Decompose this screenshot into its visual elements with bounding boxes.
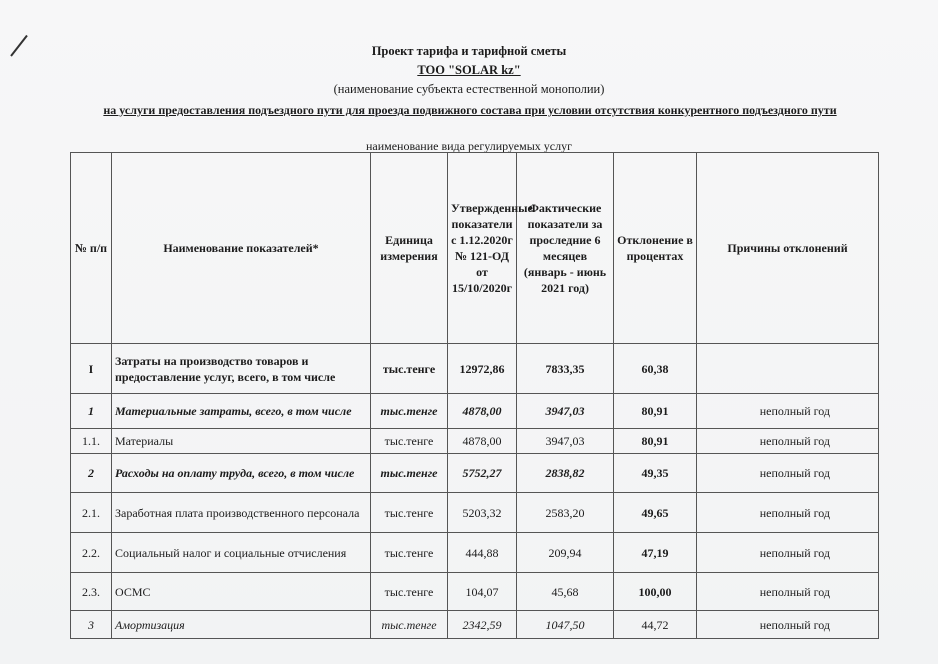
table-row: 2.3.ОСМСтыс.тенге104,0745,68100,00неполн… <box>71 573 879 611</box>
company-caption: (наименование субъекта естественной моно… <box>0 81 938 97</box>
row-indicator-name: Материальные затраты, всего, в том числе <box>112 394 371 429</box>
row-approved-value: 12972,86 <box>448 344 517 394</box>
table-row: 2.1.Заработная плата производственного п… <box>71 493 879 533</box>
header-approved: Утвержденные показатели с 1.12.2020г № 1… <box>448 153 517 344</box>
header-reason: Причины отклонений <box>697 153 879 344</box>
document-title: Проект тарифа и тарифной сметы <box>0 43 938 59</box>
row-unit: тыс.тенге <box>371 344 448 394</box>
header-actual: Фактические показатели за проследние 6 м… <box>517 153 614 344</box>
row-approved-value: 444,88 <box>448 533 517 573</box>
table-header-row: № п/п Наименование показателей* Единица … <box>71 153 879 344</box>
row-indicator-name: Амортизация <box>112 611 371 639</box>
row-unit: тыс.тенге <box>371 394 448 429</box>
row-deviation-reason <box>697 344 879 394</box>
row-deviation-percent: 60,38 <box>614 344 697 394</box>
table-row: IЗатраты на производство товаров и предо… <box>71 344 879 394</box>
scanned-page: Проект тарифа и тарифной сметы ТОО "SOLA… <box>0 0 938 664</box>
header-name: Наименование показателей* <box>112 153 371 344</box>
header-unit: Единица измерения <box>371 153 448 344</box>
row-actual-value: 1047,50 <box>517 611 614 639</box>
table-row: 2Расходы на оплату труда, всего, в том ч… <box>71 454 879 493</box>
header-num: № п/п <box>71 153 112 344</box>
row-actual-value: 3947,03 <box>517 394 614 429</box>
row-number: 3 <box>71 611 112 639</box>
row-deviation-reason: неполный год <box>697 493 879 533</box>
row-actual-value: 2838,82 <box>517 454 614 493</box>
row-deviation-reason: неполный год <box>697 573 879 611</box>
row-actual-value: 45,68 <box>517 573 614 611</box>
table-row: 2.2.Социальный налог и социальные отчисл… <box>71 533 879 573</box>
row-indicator-name: Заработная плата производственного персо… <box>112 493 371 533</box>
company-name: ТОО "SOLAR kz" <box>0 62 938 78</box>
row-deviation-percent: 80,91 <box>614 429 697 454</box>
row-unit: тыс.тенге <box>371 611 448 639</box>
row-deviation-reason: неполный год <box>697 394 879 429</box>
row-actual-value: 2583,20 <box>517 493 614 533</box>
row-approved-value: 5752,27 <box>448 454 517 493</box>
row-number: 1.1. <box>71 429 112 454</box>
row-unit: тыс.тенге <box>371 493 448 533</box>
row-indicator-name: Социальный налог и социальные отчисления <box>112 533 371 573</box>
row-deviation-percent: 80,91 <box>614 394 697 429</box>
row-approved-value: 104,07 <box>448 573 517 611</box>
row-deviation-reason: неполный год <box>697 429 879 454</box>
tariff-table: № п/п Наименование показателей* Единица … <box>70 152 879 639</box>
header-deviation: Отклонение в процентах <box>614 153 697 344</box>
row-approved-value: 4878,00 <box>448 394 517 429</box>
row-number: 2.2. <box>71 533 112 573</box>
row-approved-value: 5203,32 <box>448 493 517 533</box>
row-number: 1 <box>71 394 112 429</box>
row-actual-value: 3947,03 <box>517 429 614 454</box>
row-unit: тыс.тенге <box>371 429 448 454</box>
row-deviation-percent: 49,35 <box>614 454 697 493</box>
row-number: I <box>71 344 112 394</box>
row-indicator-name: ОСМС <box>112 573 371 611</box>
row-unit: тыс.тенге <box>371 533 448 573</box>
row-deviation-percent: 44,72 <box>614 611 697 639</box>
table-row: 1.1.Материалытыс.тенге4878,003947,0380,9… <box>71 429 879 454</box>
service-name: на услуги предоставления подъездного пут… <box>40 101 900 119</box>
row-approved-value: 2342,59 <box>448 611 517 639</box>
row-number: 2.3. <box>71 573 112 611</box>
row-deviation-reason: неполный год <box>697 533 879 573</box>
row-deviation-reason: неполный год <box>697 611 879 639</box>
row-unit: тыс.тенге <box>371 454 448 493</box>
row-indicator-name: Затраты на производство товаров и предос… <box>112 344 371 394</box>
row-actual-value: 7833,35 <box>517 344 614 394</box>
row-deviation-reason: неполный год <box>697 454 879 493</box>
row-unit: тыс.тенге <box>371 573 448 611</box>
table-body: IЗатраты на производство товаров и предо… <box>71 344 879 639</box>
row-number: 2.1. <box>71 493 112 533</box>
row-approved-value: 4878,00 <box>448 429 517 454</box>
table-row: 3Амортизациятыс.тенге2342,591047,5044,72… <box>71 611 879 639</box>
row-deviation-percent: 47,19 <box>614 533 697 573</box>
table-row: 1Материальные затраты, всего, в том числ… <box>71 394 879 429</box>
row-deviation-percent: 100,00 <box>614 573 697 611</box>
row-deviation-percent: 49,65 <box>614 493 697 533</box>
row-indicator-name: Расходы на оплату труда, всего, в том чи… <box>112 454 371 493</box>
row-indicator-name: Материалы <box>112 429 371 454</box>
row-number: 2 <box>71 454 112 493</box>
row-actual-value: 209,94 <box>517 533 614 573</box>
